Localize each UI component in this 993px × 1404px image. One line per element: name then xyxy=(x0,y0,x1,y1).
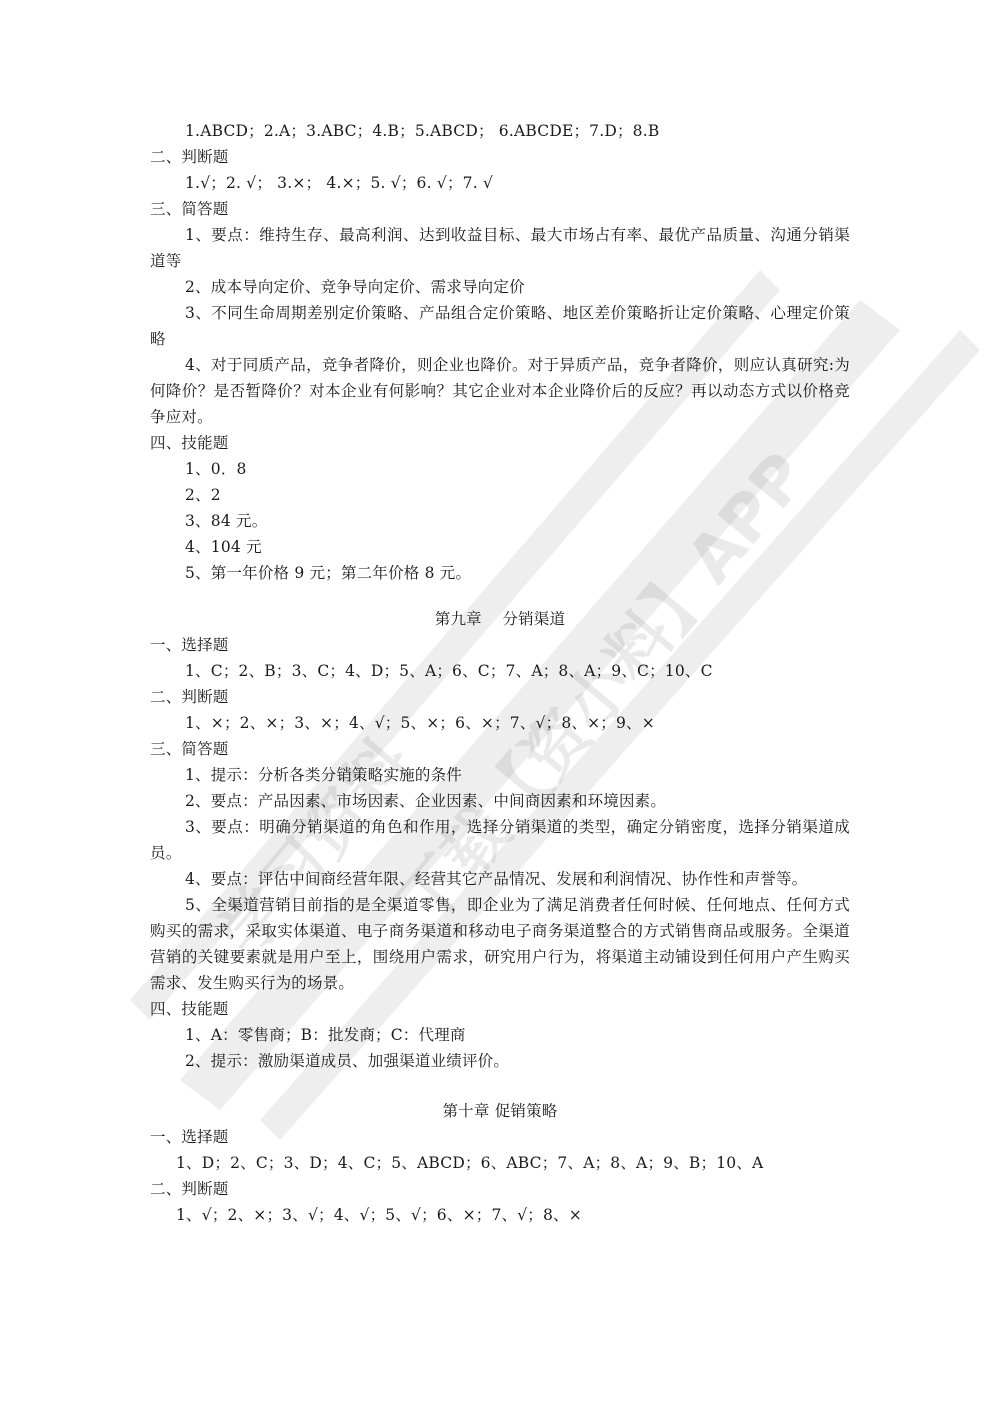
short-answer-item: 5、全渠道营销目前指的是全渠道零售，即企业为了满足消费者任何时候、任何地点、任何… xyxy=(150,892,850,996)
short-answer-item: 3、不同生命周期差别定价策略、产品组合定价策略、地区差价策略折让定价策略、心理定… xyxy=(150,300,850,352)
judge-answers: 1、×；2、×；3、×；4、√；5、×；6、×；7、√；8、×；9、× xyxy=(150,710,850,736)
skill-answer-item: 2、2 xyxy=(150,482,850,508)
skill-answer-item: 3、84 元。 xyxy=(150,508,850,534)
judge-heading: 二、判断题 xyxy=(150,1176,850,1202)
skill-answer-item: 1、A：零售商；B：批发商；C：代理商 xyxy=(150,1022,850,1048)
short-answer-item: 4、要点：评估中间商经营年限、经营其它产品情况、发展和利润情况、协作性和声誉等。 xyxy=(150,866,850,892)
judge-answers: 1.√；2. √； 3.×； 4.×；5. √；6. √；7. √ xyxy=(150,170,850,196)
document-page: 1.ABCD；2.A；3.ABC；4.B；5.ABCD； 6.ABCDE；7.D… xyxy=(150,118,850,1228)
chapter8-tail: 1.ABCD；2.A；3.ABC；4.B；5.ABCD； 6.ABCDE；7.D… xyxy=(150,118,850,586)
choice-answers: 1、D；2、C；3、D；4、C；5、ABCD；6、ABC；7、A；8、A；9、B… xyxy=(150,1150,850,1176)
short-answer-item: 1、提示：分析各类分销策略实施的条件 xyxy=(150,762,850,788)
choice-heading: 一、选择题 xyxy=(150,632,850,658)
short-answer-item: 4、对于同质产品，竞争者降价，则企业也降价。对于异质产品，竞争者降价，则应认真研… xyxy=(150,352,850,430)
short-answer-item: 2、成本导向定价、竞争导向定价、需求导向定价 xyxy=(150,274,850,300)
chapter-title: 第十章 促销策略 xyxy=(150,1098,850,1124)
choice-heading: 一、选择题 xyxy=(150,1124,850,1150)
short-answer-item: 3、要点：明确分销渠道的角色和作用，选择分销渠道的类型，确定分销密度，选择分销渠… xyxy=(150,814,850,866)
short-answer-item: 1、要点：维持生存、最高利润、达到收益目标、最大市场占有率、最优产品质量、沟通分… xyxy=(150,222,850,274)
short-answer-heading: 三、简答题 xyxy=(150,736,850,762)
skill-answer-item: 5、第一年价格 9 元；第二年价格 8 元。 xyxy=(150,560,850,586)
chapter-title: 第九章 分销渠道 xyxy=(150,606,850,632)
judge-heading: 二、判断题 xyxy=(150,144,850,170)
skill-heading: 四、技能题 xyxy=(150,430,850,456)
judge-answers: 1、√；2、×；3、√；4、√；5、√；6、×；7、√；8、× xyxy=(150,1202,850,1228)
choice-answers: 1.ABCD；2.A；3.ABC；4.B；5.ABCD； 6.ABCDE；7.D… xyxy=(150,118,850,144)
chapter9: 第九章 分销渠道 一、选择题 1、C；2、B；3、C；4、D；5、A；6、C；7… xyxy=(150,606,850,1074)
short-answer-item: 2、要点：产品因素、市场因素、企业因素、中间商因素和环境因素。 xyxy=(150,788,850,814)
skill-answer-item: 2、提示：激励渠道成员、加强渠道业绩评价。 xyxy=(150,1048,850,1074)
choice-answers: 1、C；2、B；3、C；4、D；5、A；6、C；7、A；8、A；9、C；10、C xyxy=(150,658,850,684)
judge-heading: 二、判断题 xyxy=(150,684,850,710)
skill-answer-item: 1、0．8 xyxy=(150,456,850,482)
short-answer-heading: 三、简答题 xyxy=(150,196,850,222)
chapter10: 第十章 促销策略 一、选择题 1、D；2、C；3、D；4、C；5、ABCD；6、… xyxy=(150,1098,850,1228)
skill-answer-item: 4、104 元 xyxy=(150,534,850,560)
skill-heading: 四、技能题 xyxy=(150,996,850,1022)
